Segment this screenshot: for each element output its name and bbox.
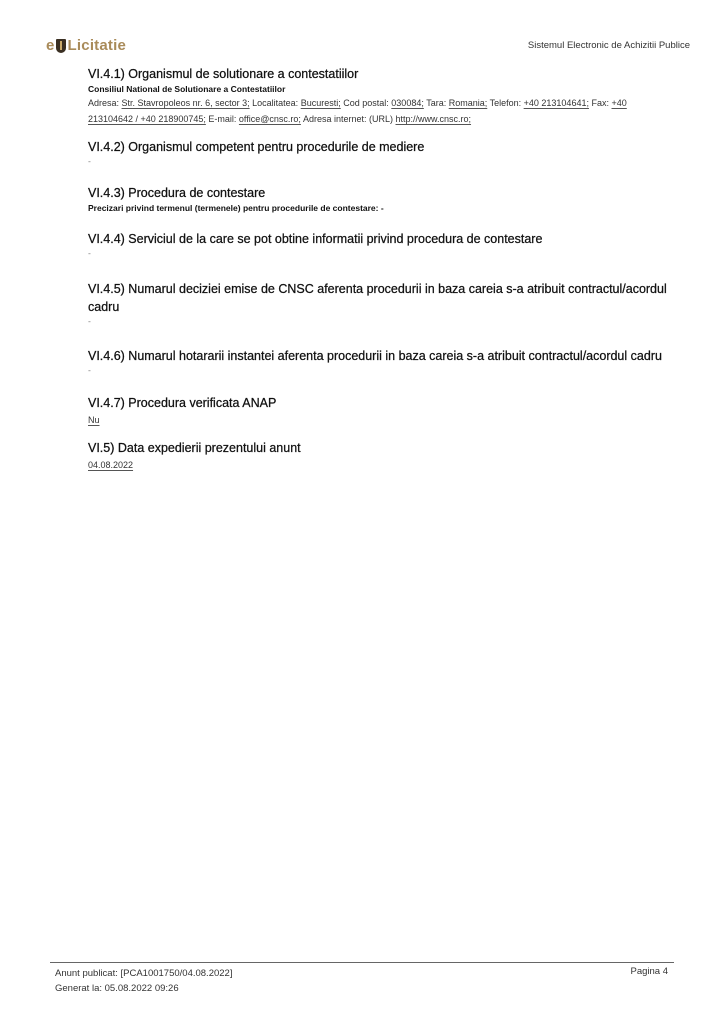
section-appeal-procedure: VI.4.3) Procedura de contestare Precizar… (88, 185, 668, 214)
locality-value: Bucuresti; (301, 98, 341, 108)
footer-published: Anunt publicat: [PCA1001750/04.08.2022] (55, 966, 232, 981)
section-cnsc-decision: VI.4.5) Numarul deciziei emise de CNSC a… (88, 280, 668, 328)
section-heading: VI.4.5) Numarul deciziei emise de CNSC a… (88, 280, 668, 316)
section-heading: VI.4.1) Organismul de solutionare a cont… (88, 66, 668, 83)
section-value: - (88, 365, 668, 377)
section-heading: VI.4.6) Numarul hotararii instantei afer… (88, 348, 668, 365)
section-value: Nu (88, 415, 100, 425)
postal-code-value: 030084; (391, 98, 424, 108)
address-value: Str. Stavropoleos nr. 6, sector 3; (122, 98, 250, 108)
section-value: - (88, 156, 668, 168)
section-heading: VI.4.7) Procedura verificata ANAP (88, 395, 668, 412)
section-dispatch-date: VI.5) Data expedierii prezentului anunt … (88, 440, 668, 473)
section-heading: VI.4.4) Serviciul de la care se pot obti… (88, 231, 668, 248)
footer-info: Anunt publicat: [PCA1001750/04.08.2022] … (55, 966, 232, 996)
section-heading: VI.5) Data expedierii prezentului anunt (88, 440, 668, 457)
logo-prefix: e (46, 37, 55, 54)
section-appeal-body: VI.4.1) Organismul de solutionare a cont… (88, 66, 668, 127)
phone-value: +40 213104641; (524, 98, 589, 108)
page-number: Pagina 4 (630, 966, 668, 977)
shield-icon (56, 39, 66, 53)
section-value: - (88, 248, 668, 260)
footer-divider (50, 962, 674, 963)
section-value: - (88, 316, 668, 328)
country-value: Romania; (449, 98, 488, 108)
section-anap-verified: VI.4.7) Procedura verificata ANAP Nu (88, 395, 668, 428)
logo-suffix: Licitatie (68, 37, 126, 54)
org-name: Consiliul National de Solutionare a Cont… (88, 83, 668, 95)
elicitatie-logo: e Licitatie (46, 37, 126, 54)
system-title: Sistemul Electronic de Achizitii Publice (528, 40, 690, 51)
section-info-service: VI.4.4) Serviciul de la care se pot obti… (88, 231, 668, 260)
section-court-decision: VI.4.6) Numarul hotararii instantei afer… (88, 348, 668, 377)
org-contact-details: Adresa: Str. Stavropoleos nr. 6, sector … (88, 95, 668, 127)
email-link[interactable]: office@cnsc.ro; (239, 114, 301, 124)
footer-generated: Generat la: 05.08.2022 09:26 (55, 981, 232, 996)
document-content: VI.4.1) Organismul de solutionare a cont… (88, 66, 668, 473)
section-heading: VI.4.3) Procedura de contestare (88, 185, 668, 202)
section-mediation-body: VI.4.2) Organismul competent pentru proc… (88, 139, 668, 168)
section-detail: Precizari privind termenul (termenele) p… (88, 202, 668, 214)
website-link[interactable]: http://www.cnsc.ro; (396, 114, 472, 124)
section-heading: VI.4.2) Organismul competent pentru proc… (88, 139, 668, 156)
section-value: 04.08.2022 (88, 460, 133, 470)
